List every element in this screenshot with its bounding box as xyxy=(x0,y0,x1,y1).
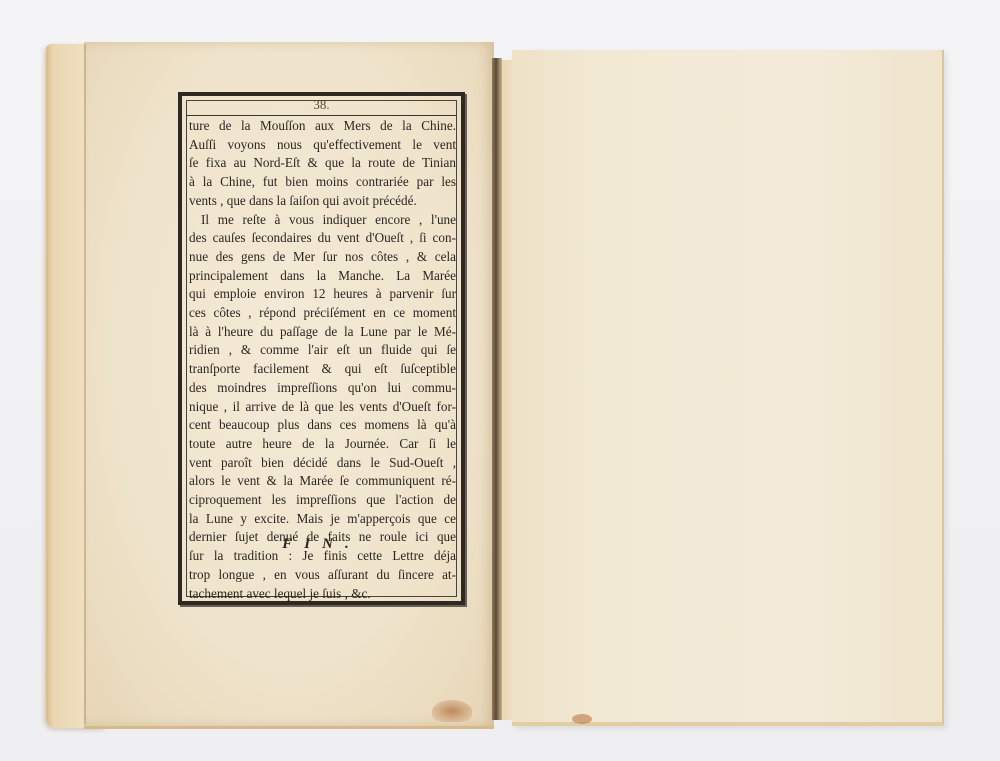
text-line: qui emploie environ 12 heures à parvenir… xyxy=(189,285,456,304)
text-line: Il me reſte à vous indiquer encore , l'u… xyxy=(189,211,456,230)
text-line: trop longue , en vous aſſurant du ſincer… xyxy=(189,566,456,585)
foxing-stain-right xyxy=(572,714,592,724)
header-rule xyxy=(186,115,457,116)
text-line: ſe fixa au Nord-Eſt & que la route de Ti… xyxy=(189,154,456,173)
text-line: ridien , & comme l'air eſt un fluide qui… xyxy=(189,341,456,360)
closing-fin: FIN. xyxy=(182,536,461,553)
page-body-text: ture de la Mouſſon aux Mers de la Chine.… xyxy=(189,117,456,603)
text-line: alors le vent & la Marée ſe communiquent… xyxy=(189,472,456,491)
text-line: cent beaucoup plus dans ces momens là qu… xyxy=(189,416,456,435)
page-fold-line xyxy=(84,44,86,724)
text-line: là à l'heure du paſſage de la Lune par l… xyxy=(189,323,456,342)
text-line: des moindres impreſſions qu'on lui commu… xyxy=(189,379,456,398)
printed-text-frame: 38. ture de la Mouſſon aux Mers de la Ch… xyxy=(178,92,465,605)
text-line: à la Chine, fut bien moins contrariée pa… xyxy=(189,173,456,192)
text-line: vents , que dans la ſaiſon qui avoit pré… xyxy=(189,192,456,211)
text-line: nue des gens de Mer ſur nos côtes , & ce… xyxy=(189,248,456,267)
text-line: des cauſes ſecondaires du vent d'Oueſt ,… xyxy=(189,229,456,248)
text-line: ces côtes , répond préciſément en ce mom… xyxy=(189,304,456,323)
right-blank-page xyxy=(512,50,944,726)
text-line: tranſporte facilement & qui eſt ſuſcepti… xyxy=(189,360,456,379)
foxing-stain xyxy=(432,700,472,722)
text-line: toute autre heure de la Journée. Car ſi … xyxy=(189,435,456,454)
text-line: Auſſi voyons nous qu'effectivement le ve… xyxy=(189,136,456,155)
book-gutter xyxy=(492,58,502,720)
text-line: tachement avec lequel je ſuis , &c. xyxy=(189,585,456,604)
text-line: nique , il arrive de là que les vents d'… xyxy=(189,398,456,417)
text-line: principalement dans la Manche. La Marée xyxy=(189,267,456,286)
text-line: ciproquement les impreſſions que l'actio… xyxy=(189,491,456,510)
text-line: ture de la Mouſſon aux Mers de la Chine. xyxy=(189,117,456,136)
text-line: la Lune y excite. Mais je m'apperçois qu… xyxy=(189,510,456,529)
page-number: 38. xyxy=(182,97,461,113)
open-book: 38. ture de la Mouſſon aux Mers de la Ch… xyxy=(0,0,1000,761)
text-line: vent paroît bien décidé dans le Sud-Oueſ… xyxy=(189,454,456,473)
